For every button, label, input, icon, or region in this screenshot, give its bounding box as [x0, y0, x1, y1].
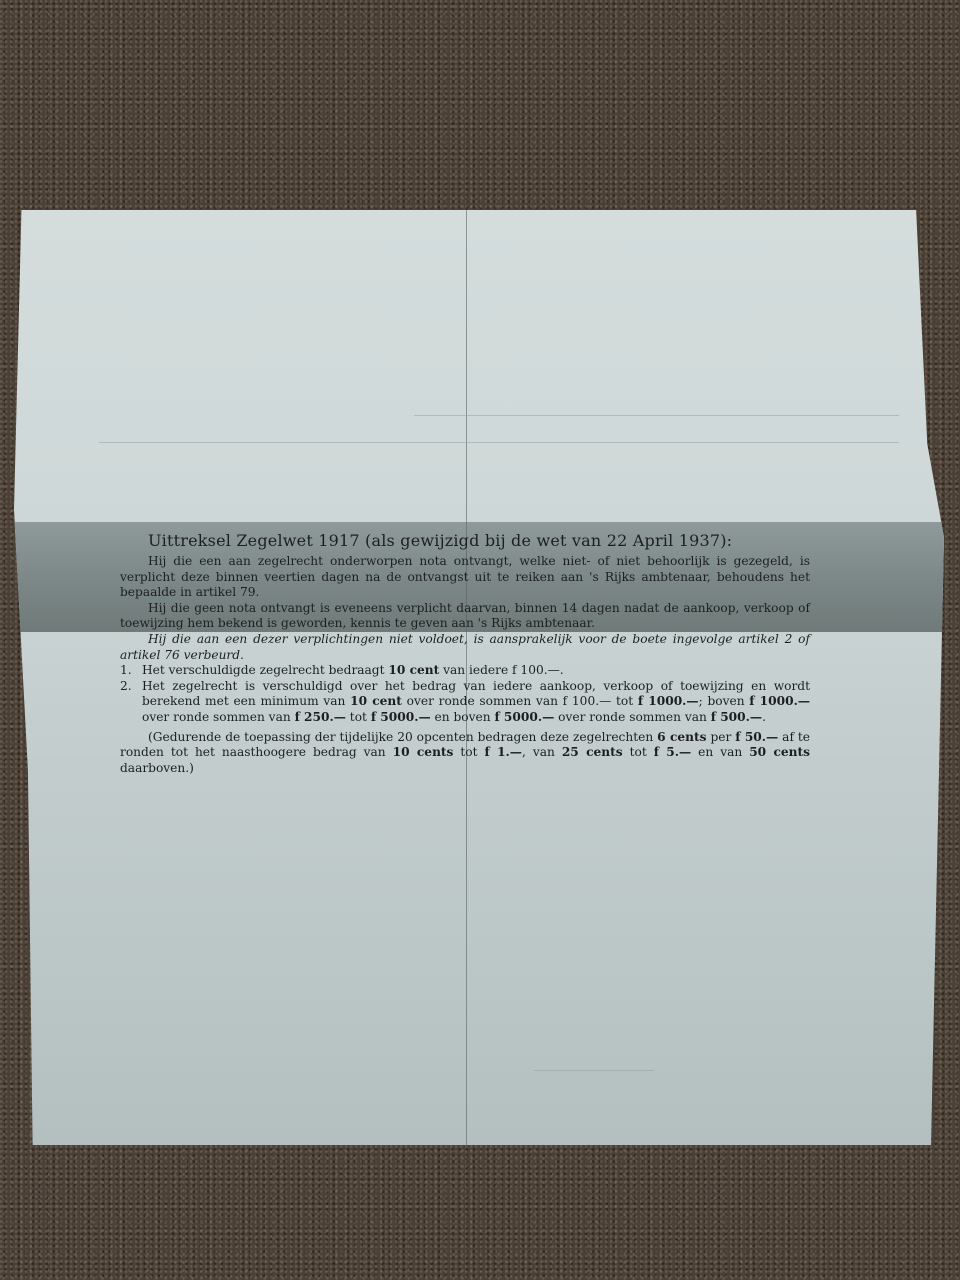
note-text-bold: 6 cents	[657, 730, 706, 744]
note-text-bold: 25 cents	[562, 745, 623, 759]
item-text-part: over ronde sommen van	[554, 710, 710, 724]
show-through-rule	[414, 415, 899, 416]
show-through-rule	[534, 1070, 654, 1071]
item-text-bold: f 5000.—	[371, 710, 431, 724]
zegelwet-excerpt: Uittreksel Zegelwet 1917 (als gewijzigd …	[120, 530, 810, 776]
paragraph-3: Hij die aan een dezer verplichtingen nie…	[120, 632, 810, 663]
surcharge-note: (Gedurende de toepassing der tijdelijke …	[120, 730, 810, 777]
item-text-bold: f 1000.—	[638, 694, 699, 708]
item-text-bold: 10 cent	[350, 694, 402, 708]
note-text-bold: 10 cents	[393, 745, 454, 759]
list-item-1: 1. Het verschuldigde zegelrecht bedraagt…	[120, 663, 810, 679]
note-text-part: tot	[453, 745, 484, 759]
document-sheet: Uittreksel Zegelwet 1917 (als gewijzigd …	[14, 210, 944, 1145]
note-text-bold: 50 cents	[749, 745, 810, 759]
item-text-part: tot	[346, 710, 371, 724]
list-item-2: 2. Het zegelrecht is verschuldigd over h…	[120, 679, 810, 726]
item-text: Het zegelrecht is verschuldigd over het …	[142, 679, 810, 726]
paragraph-2: Hij die geen nota ontvangt is eveneens v…	[120, 601, 810, 632]
document-title: Uittreksel Zegelwet 1917 (als gewijzigd …	[148, 530, 810, 552]
item-text-bold: f 250.—	[295, 710, 346, 724]
item-text-part: Het verschuldigde zegelrecht bedraagt	[142, 663, 388, 677]
item-text-bold: f 5000.—	[494, 710, 554, 724]
item-text-part: over ronde sommen van	[142, 710, 295, 724]
note-text-bold: f 50.—	[735, 730, 778, 744]
item-text: Het verschuldigde zegelrecht bedraagt 10…	[142, 663, 810, 679]
item-text-bold: f 500.—	[711, 710, 762, 724]
item-text-part: over ronde sommen van f 100.— tot	[402, 694, 638, 708]
note-text-bold: f 1.—	[485, 745, 523, 759]
item-text-bold: f 1000.—	[749, 694, 810, 708]
show-through-rule	[99, 442, 899, 443]
item-text-bold: 10 cent	[388, 663, 439, 677]
item-text-part: van iedere f 100.—.	[439, 663, 563, 677]
note-text-part: , van	[522, 745, 562, 759]
item-text-part: en boven	[431, 710, 495, 724]
item-number: 2.	[120, 679, 142, 726]
note-text-part: (Gedurende de toepassing der tijdelijke …	[148, 730, 657, 744]
item-number: 1.	[120, 663, 142, 679]
note-text-bold: f 5.—	[654, 745, 692, 759]
item-text-part: ; boven	[699, 694, 750, 708]
paragraph-1: Hij die een aan zegelrecht onderworpen n…	[120, 554, 810, 601]
note-text-part: per	[706, 730, 735, 744]
note-text-part: en van	[691, 745, 749, 759]
note-text-part: tot	[623, 745, 654, 759]
note-text-part: daarboven.)	[120, 761, 194, 775]
item-text-part: .	[762, 710, 766, 724]
